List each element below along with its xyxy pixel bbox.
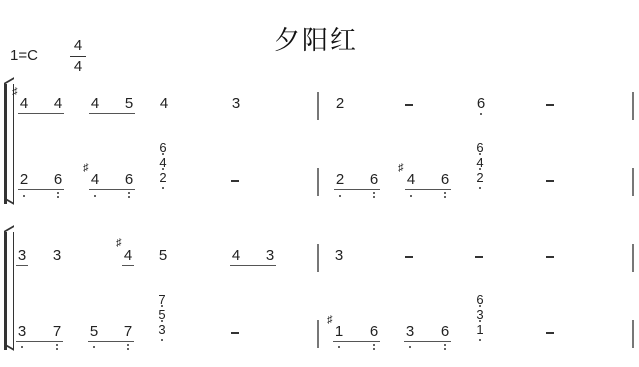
low-octave-dot xyxy=(161,320,163,322)
note: 7 xyxy=(51,324,63,340)
eighth-underline xyxy=(405,189,451,190)
low-octave-dot xyxy=(444,192,446,194)
note: 5 xyxy=(88,324,100,340)
low-octave-dot xyxy=(339,195,341,197)
dash-sustain xyxy=(405,256,413,258)
chord-note: 3 xyxy=(156,322,168,337)
low-octave-dot xyxy=(162,153,164,155)
sharp-icon: ♯ xyxy=(83,162,89,174)
barline xyxy=(317,168,319,196)
low-octave-dot xyxy=(410,195,412,197)
note: 7 xyxy=(122,324,134,340)
time-signature: 4 4 xyxy=(70,37,86,76)
low-octave-dot xyxy=(479,339,481,341)
eighth-underline xyxy=(89,189,135,190)
barline xyxy=(632,320,634,348)
low-octave-dot xyxy=(480,113,482,115)
chord-note: 1 xyxy=(474,322,486,337)
note: 1 xyxy=(333,324,345,340)
barline xyxy=(317,320,319,348)
note: 2 xyxy=(18,172,30,188)
sharp-icon: ♯ xyxy=(327,314,333,326)
note: 5 xyxy=(123,96,135,112)
note: 4 xyxy=(122,248,134,264)
dash-sustain xyxy=(546,180,554,182)
system-2-bracket xyxy=(4,232,14,350)
barline xyxy=(632,92,634,120)
barline xyxy=(632,168,634,196)
note: 4 xyxy=(18,96,30,112)
eighth-underline xyxy=(230,265,276,266)
low-octave-dot xyxy=(162,168,164,170)
dash-sustain xyxy=(546,332,554,334)
note: 6 xyxy=(368,324,380,340)
note: 3 xyxy=(16,324,28,340)
low-octave-dot xyxy=(128,196,130,198)
low-octave-dot xyxy=(127,348,129,350)
note: 3 xyxy=(404,324,416,340)
dash-sustain xyxy=(546,256,554,258)
note: 3 xyxy=(264,248,276,264)
note: 5 xyxy=(157,248,169,264)
note: 4 xyxy=(89,172,101,188)
sharp-icon: ♯ xyxy=(12,86,18,98)
note: 3 xyxy=(51,248,63,264)
barline xyxy=(632,244,634,272)
barline xyxy=(317,244,319,272)
note: 3 xyxy=(230,96,242,112)
dash-sustain xyxy=(231,180,239,182)
note: 2 xyxy=(334,96,346,112)
system-1-bracket xyxy=(4,84,14,204)
note: 6 xyxy=(439,172,451,188)
time-signature-top: 4 xyxy=(70,37,86,55)
chord: 6 3 1 xyxy=(474,292,486,337)
chord: 6 4 2 xyxy=(157,140,169,185)
low-octave-dot xyxy=(94,195,96,197)
note: 4 xyxy=(89,96,101,112)
low-octave-dot xyxy=(57,196,59,198)
low-octave-dot xyxy=(444,348,446,350)
low-octave-dot xyxy=(128,192,130,194)
eighth-underline xyxy=(334,189,380,190)
eighth-underline xyxy=(18,113,64,114)
low-octave-dot xyxy=(479,320,481,322)
low-octave-dot xyxy=(479,305,481,307)
dash-sustain xyxy=(475,256,483,258)
note: 4 xyxy=(405,172,417,188)
low-octave-dot xyxy=(57,192,59,194)
low-octave-dot xyxy=(409,346,411,348)
low-octave-dot xyxy=(373,344,375,346)
low-octave-dot xyxy=(479,153,481,155)
low-octave-dot xyxy=(444,196,446,198)
sixteenth-underline xyxy=(122,265,134,266)
score-title: 夕阳红 xyxy=(274,20,358,57)
chord-note: 2 xyxy=(157,170,169,185)
note: 6 xyxy=(52,172,64,188)
low-octave-dot xyxy=(93,346,95,348)
note: 6 xyxy=(475,96,487,112)
note: 4 xyxy=(230,248,242,264)
sharp-icon: ♯ xyxy=(398,162,404,174)
low-octave-dot xyxy=(479,168,481,170)
note: 6 xyxy=(368,172,380,188)
low-octave-dot xyxy=(444,344,446,346)
barline xyxy=(317,92,319,120)
sixteenth-underline xyxy=(16,265,28,266)
dash-sustain xyxy=(405,104,413,106)
note: 3 xyxy=(333,248,345,264)
eighth-underline xyxy=(88,341,134,342)
low-octave-dot xyxy=(373,348,375,350)
eighth-underline xyxy=(18,189,64,190)
low-octave-dot xyxy=(479,187,481,189)
note: 4 xyxy=(158,96,170,112)
low-octave-dot xyxy=(161,305,163,307)
note: 3 xyxy=(16,248,28,264)
low-octave-dot xyxy=(127,344,129,346)
low-octave-dot xyxy=(21,346,23,348)
low-octave-dot xyxy=(338,346,340,348)
low-octave-dot xyxy=(56,344,58,346)
eighth-underline xyxy=(404,341,451,342)
eighth-underline xyxy=(16,341,63,342)
low-octave-dot xyxy=(373,192,375,194)
sharp-icon: ♯ xyxy=(116,237,122,249)
time-signature-divider xyxy=(70,56,86,57)
eighth-underline xyxy=(333,341,380,342)
eighth-underline xyxy=(89,113,135,114)
note: 4 xyxy=(52,96,64,112)
dash-sustain xyxy=(231,332,239,334)
dash-sustain xyxy=(546,104,554,106)
low-octave-dot xyxy=(23,195,25,197)
note: 2 xyxy=(334,172,346,188)
note: 6 xyxy=(439,324,451,340)
time-signature-bottom: 4 xyxy=(70,58,86,76)
chord: 7 5 3 xyxy=(156,292,168,337)
low-octave-dot xyxy=(162,187,164,189)
low-octave-dot xyxy=(161,339,163,341)
low-octave-dot xyxy=(373,196,375,198)
key-signature: 1=C xyxy=(10,47,38,64)
chord-note: 2 xyxy=(474,170,486,185)
low-octave-dot xyxy=(56,348,58,350)
note: 6 xyxy=(123,172,135,188)
chord: 6 4 2 xyxy=(474,140,486,185)
